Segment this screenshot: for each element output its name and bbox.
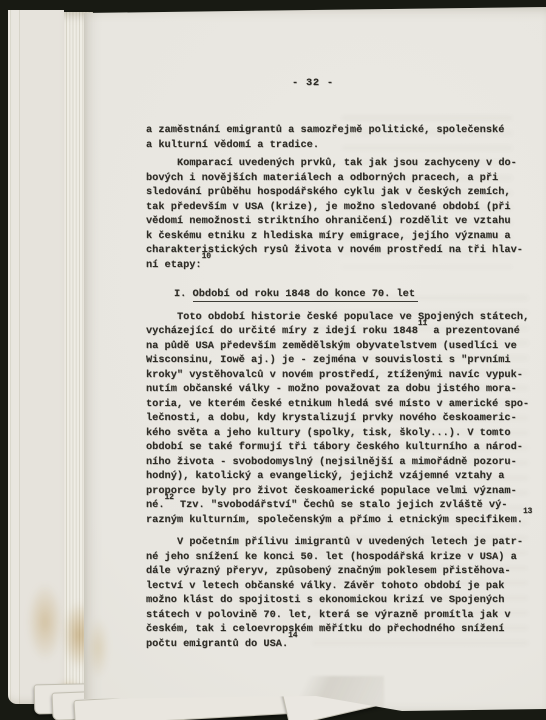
- text-line: bových i novějších materiálech a odborný…: [146, 171, 510, 186]
- text-line: tak především v USA (krize), je možno sl…: [146, 200, 510, 215]
- text-line: razným kulturním, společenským a přímo i…: [146, 513, 510, 528]
- text-line: státech v polovině 70. let, která se výr…: [146, 608, 510, 623]
- text-line: hodný), katolický a evangelický, jejichž…: [146, 469, 510, 484]
- footnote-ref: 12: [165, 493, 174, 502]
- text-line: V početním přílivu imigrantů v uvedených…: [146, 535, 510, 550]
- paragraph: a zaměstnání emigrantů a samozřejmě poli…: [146, 123, 510, 152]
- text-line: na půdě USA především zemědělským obyvat…: [146, 339, 510, 354]
- text-line: ní etapy:10: [146, 258, 510, 273]
- paragraph: Toto období historie české populace ve S…: [146, 310, 510, 528]
- page-body: a zaměstnání emigrantů a samozřejmě poli…: [146, 123, 510, 651]
- text-line: I. Období od roku 1848 do konce 70. let: [174, 287, 510, 302]
- text-line: proporce byly pro život českoamerické po…: [146, 484, 510, 499]
- text-line: a kulturní vědomí a tradice.: [146, 138, 510, 153]
- text-line: lectví v letech občanské války. Závěr to…: [146, 579, 510, 594]
- text-line: vědomí nemožnosti striktního ohraničení)…: [146, 214, 510, 229]
- text-line: nutím občanské války - možno považovat z…: [146, 382, 510, 397]
- underlined-text: Období od roku 1848 do konce 70. let: [193, 288, 418, 302]
- section-heading: I. Období od roku 1848 do konce 70. let: [146, 287, 510, 302]
- text-line: charakteristických rysů života v novém p…: [146, 243, 510, 258]
- document-page: - 32 - a zaměstnání emigrantů a samozřej…: [84, 4, 546, 716]
- text-line: možno klást do spojitosti s ekonomickou …: [146, 593, 510, 608]
- stacked-page-edge: [8, 10, 64, 704]
- paragraph: Komparací uvedených prvků, tak jak jsou …: [146, 156, 510, 272]
- text-line: né.12 Tzv. "svobodářství" Čechů se stalo…: [146, 498, 510, 513]
- text-line: sledování průběhu hospodářského cyklu ja…: [146, 185, 510, 200]
- footnote-ref: 10: [202, 252, 211, 261]
- text-line: ního života - svobodomyslný (nejsilnější…: [146, 455, 510, 470]
- footnote-ref: 14: [288, 631, 297, 640]
- page-number: - 32 -: [292, 77, 334, 89]
- text-line: a zaměstnání emigrantů a samozřejmě poli…: [146, 123, 510, 138]
- text-line: dále výrazný přeryv, způsobený značným p…: [146, 564, 510, 579]
- text-line: českém, tak i celoevropském měřítku do p…: [146, 622, 510, 637]
- text-line: kého světa a jeho kultury (spolky, tisk,…: [146, 426, 510, 441]
- paper-stain: [84, 610, 112, 686]
- text-line: né jeho snížení ke konci 50. let (hospod…: [146, 550, 510, 565]
- text-line: kroky" vystěhovalců v novém prostředí, z…: [146, 368, 510, 383]
- text-line: vycházející do určité míry z idejí roku …: [146, 324, 510, 339]
- footnote-ref: 13: [523, 507, 532, 516]
- text-line: Toto období historie české populace ve S…: [146, 310, 510, 325]
- text-line: lečnosti, a dobu, kdy krystalizují prvky…: [146, 411, 510, 426]
- footnote-ref: 11: [418, 319, 427, 328]
- text-line: Komparací uvedených prvků, tak jak jsou …: [146, 156, 510, 171]
- text-line: Wisconsinu, Iowě aj.) je - zejména v sou…: [146, 353, 510, 368]
- paragraph: V početním přílivu imigrantů v uvedených…: [146, 535, 510, 651]
- text-line: období se také formují tři tábory českéh…: [146, 440, 510, 455]
- book-scan: - 32 - a zaměstnání emigrantů a samozřej…: [0, 0, 546, 720]
- text-line: toria, ve kterém české etnikum hledá své…: [146, 397, 510, 412]
- text-line: počtu emigrantů do USA.14: [146, 637, 510, 652]
- text-line: k českému etniku z hlediska míry emigrac…: [146, 229, 510, 244]
